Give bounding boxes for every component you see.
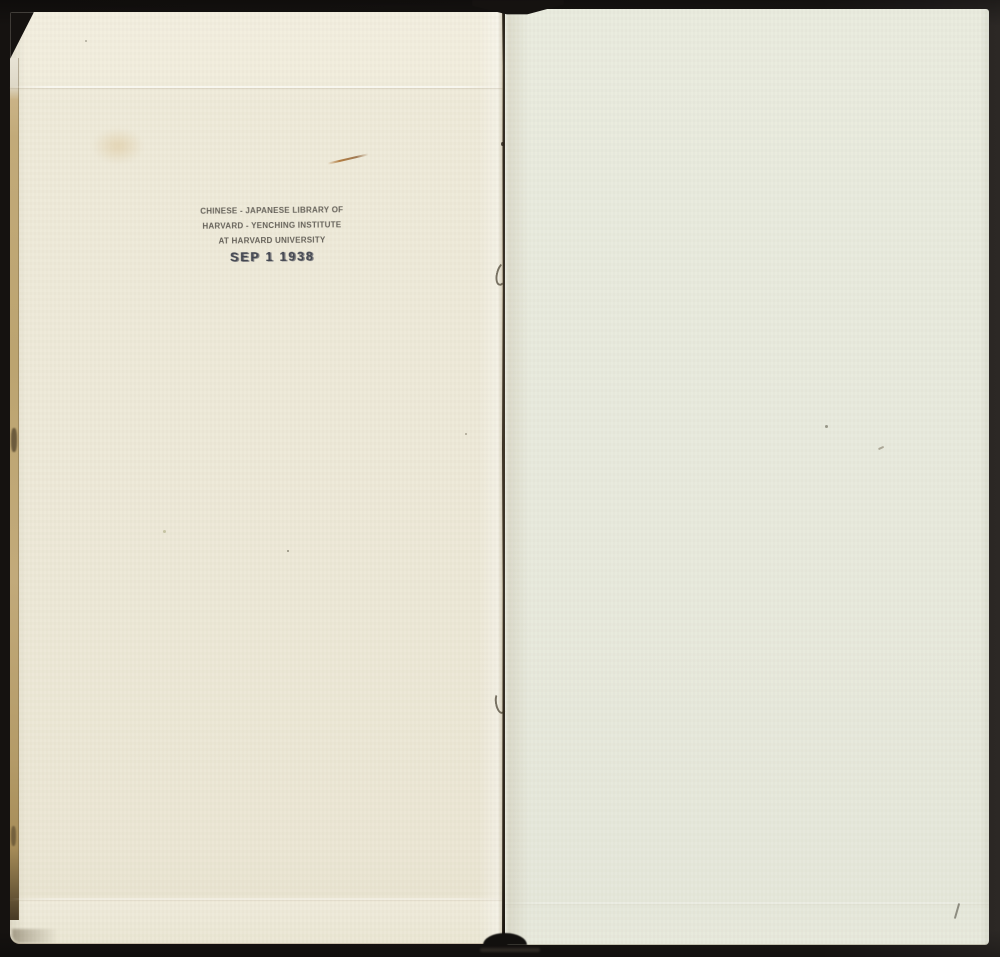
stamp-line-3: AT HARVARD UNIVERSITY	[182, 232, 362, 249]
scratch-mark	[954, 903, 960, 919]
page-fore-edge	[10, 58, 19, 920]
library-stamp: CHINESE - JAPANESE LIBRARY OF HARVARD - …	[182, 202, 363, 267]
fore-edge-speck	[11, 428, 17, 452]
corner-shadow	[10, 12, 34, 59]
ink-speck	[501, 142, 504, 146]
stain-mark	[92, 128, 144, 164]
book-scan: CHINESE - JAPANESE LIBRARY OF HARVARD - …	[0, 0, 1000, 957]
under-page-edge	[480, 948, 540, 952]
ink-speck	[287, 550, 289, 552]
stamp-line-2: HARVARD - YENCHING INSTITUTE	[182, 217, 362, 234]
ink-speck	[878, 446, 884, 450]
crease-line	[10, 898, 503, 900]
left-page: CHINESE - JAPANESE LIBRARY OF HARVARD - …	[10, 12, 503, 944]
stamp-line-1: CHINESE - JAPANESE LIBRARY OF	[182, 202, 362, 219]
crease-line	[505, 902, 989, 904]
fore-edge-speck	[11, 826, 16, 846]
ink-speck	[825, 425, 828, 428]
scratch-mark	[327, 153, 368, 164]
book-gutter	[502, 10, 505, 943]
crease-line	[10, 86, 503, 88]
under-page-edge	[12, 929, 58, 943]
right-page	[505, 9, 989, 945]
ink-speck	[85, 40, 87, 42]
ink-speck	[465, 433, 467, 435]
ink-speck	[163, 530, 166, 533]
stamp-date: SEP 1 1938	[182, 248, 362, 267]
